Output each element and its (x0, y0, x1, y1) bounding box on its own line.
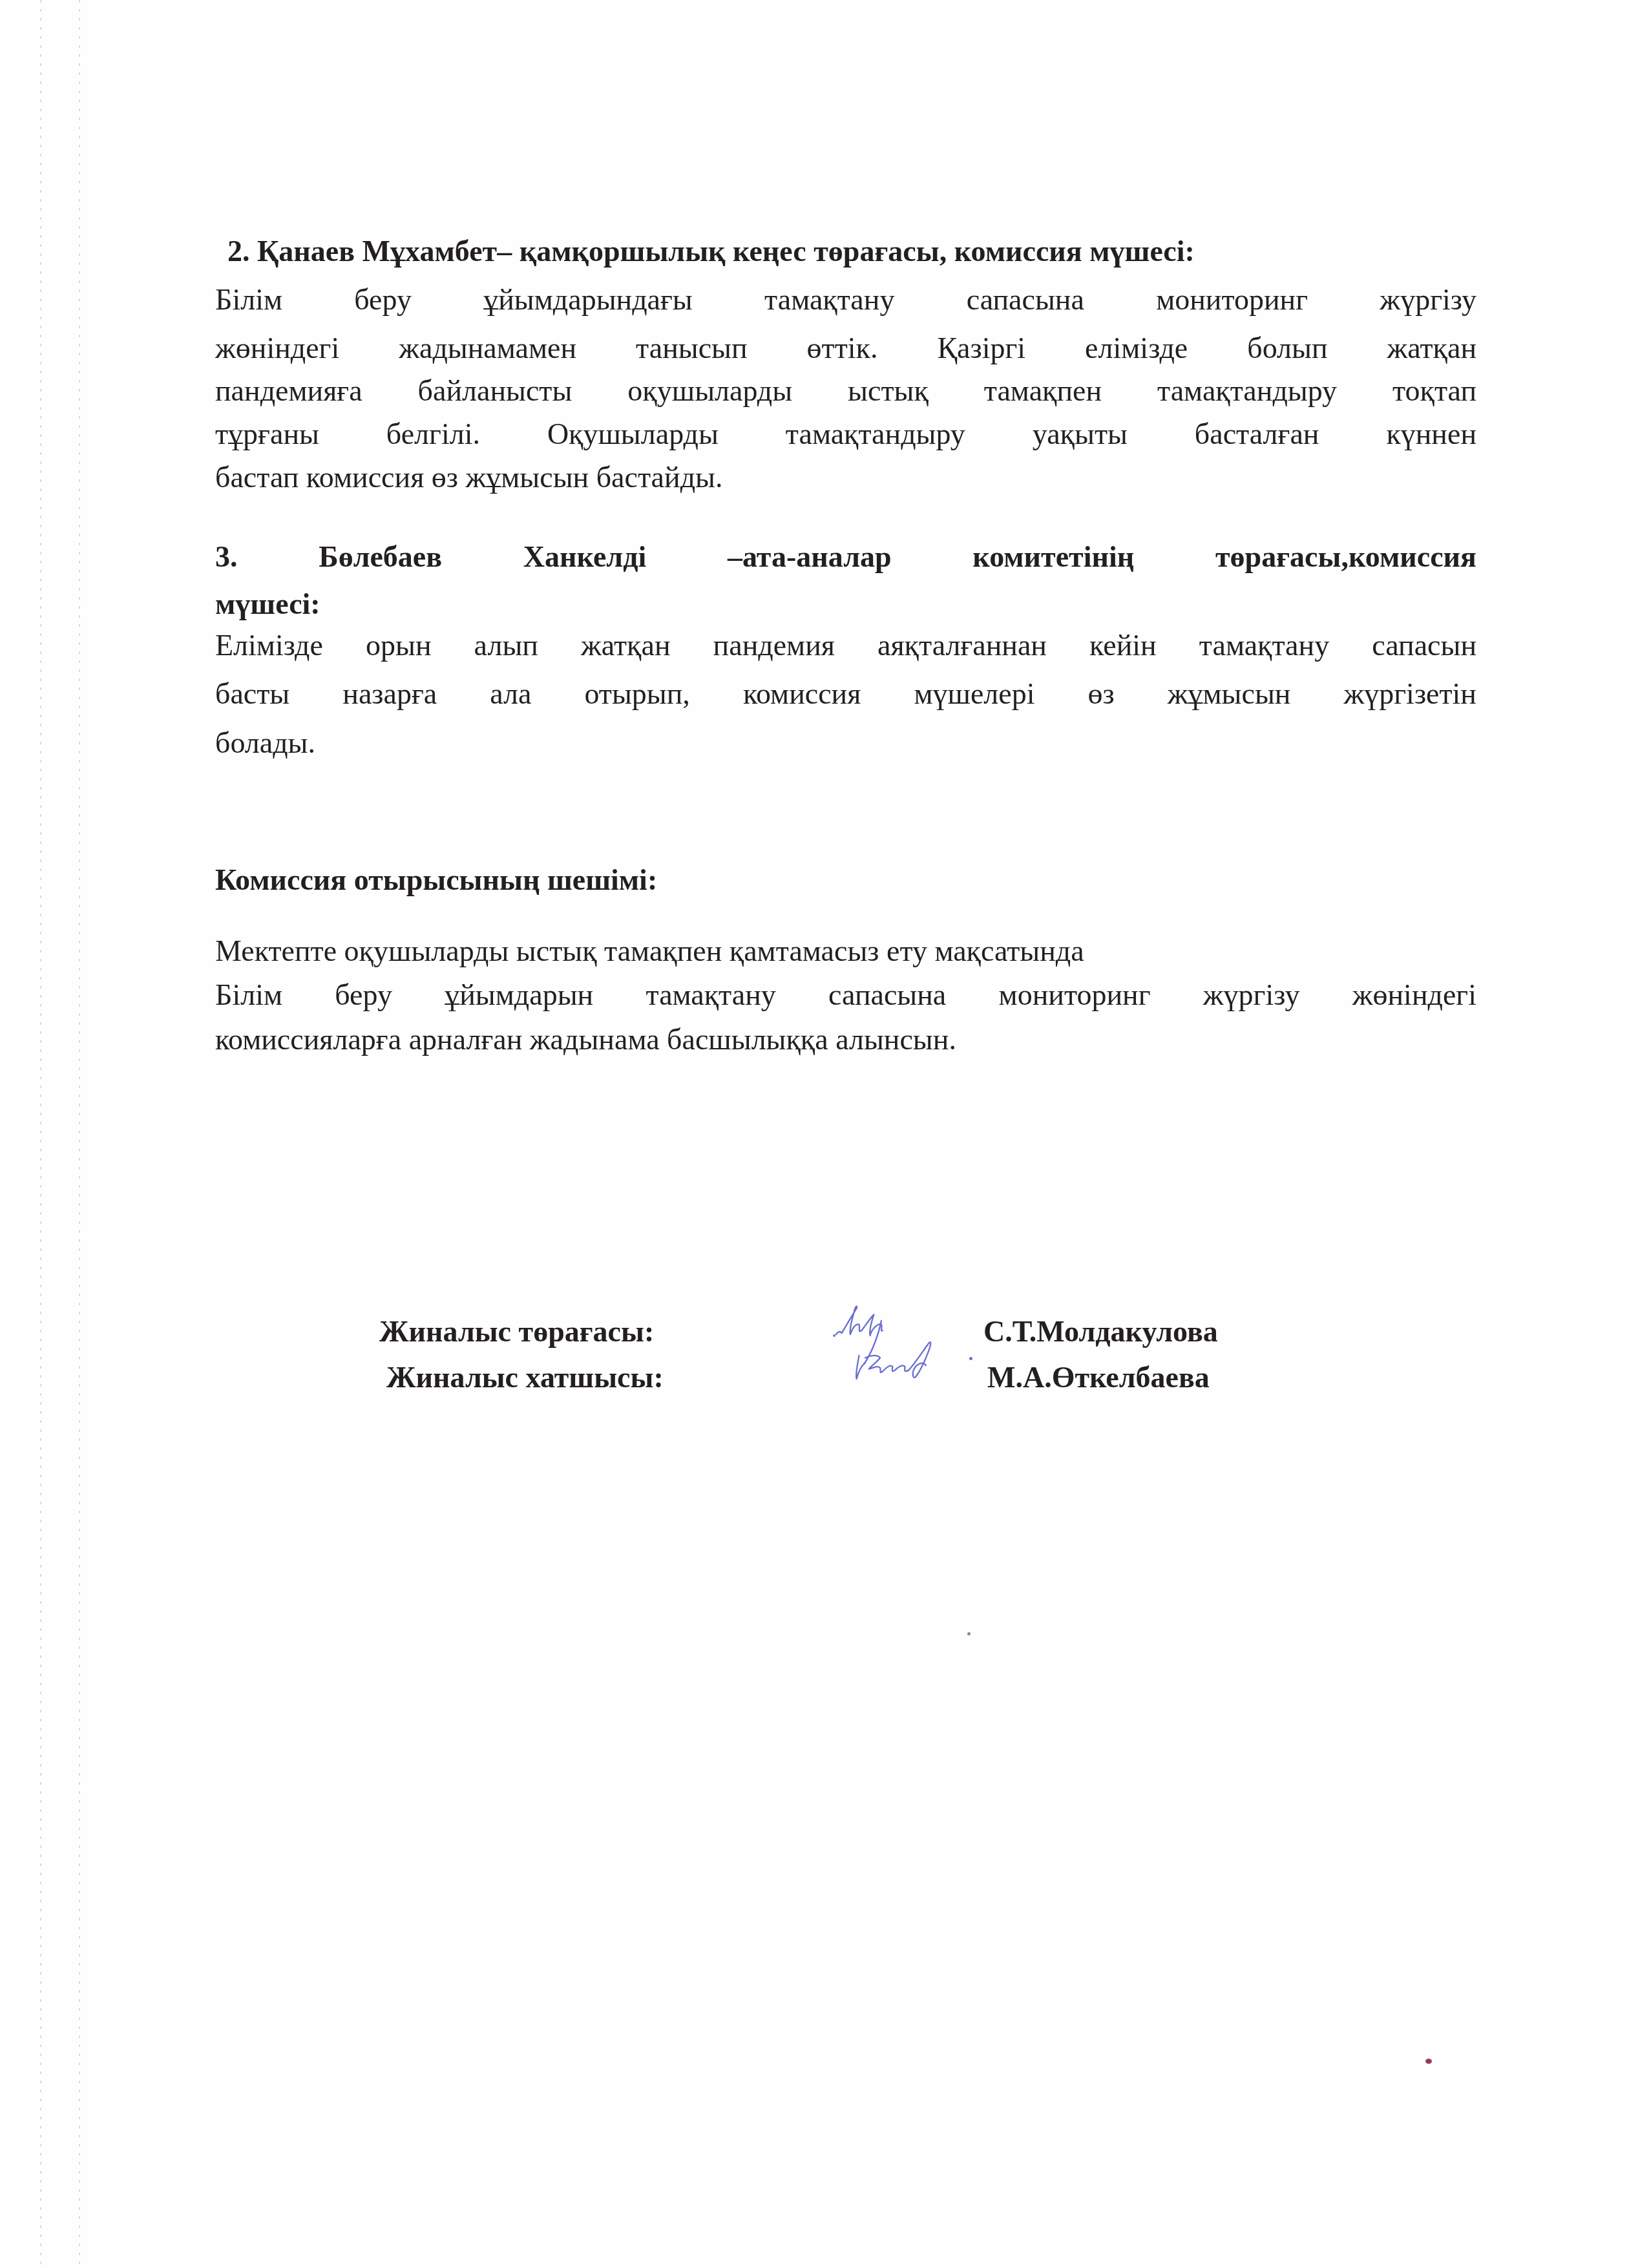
section-3-line: болады. (215, 728, 1476, 758)
scan-artifact-line (40, 0, 41, 2268)
section-2-line: бастап комиссия өз жұмысын бастайды. (215, 463, 1476, 492)
section-2-line: тұрғаны белгілі. Оқушыларды тамақтандыру… (215, 419, 1476, 449)
chair-name: С.Т.Молдакулова (983, 1317, 1218, 1347)
section-2-line: жөніндегі жадынамамен танысып өттік. Қаз… (215, 333, 1476, 363)
handwritten-signature-icon (821, 1296, 969, 1389)
decision-line: комиссияларға арналған жадынама басшылық… (215, 1025, 1476, 1055)
decision-heading: Комиссия отырысының шешімі: (215, 865, 1476, 895)
section-3-heading: 3. Бөлебаев Ханкелді –ата-аналар комитет… (215, 542, 1476, 572)
section-2-line: Білім беру ұйымдарындағы тамақтану сапас… (215, 285, 1476, 315)
scan-speck (967, 1632, 971, 1635)
decision-line: Мектепте оқушыларды ыстық тамақпен қамта… (215, 936, 1476, 966)
section-3-heading-cont: мүшесі: (215, 589, 1476, 619)
section-3-line: Елімізде орын алып жатқан пандемия аяқта… (215, 631, 1476, 660)
scan-artifact-line (79, 0, 80, 2268)
secretary-name: М.А.Өткелбаева (987, 1363, 1210, 1392)
stamp-dot (1425, 2059, 1432, 2064)
chair-role-label: Жиналыс төрағасы: (379, 1317, 654, 1347)
section-2-heading: 2. Қанаев Мұхамбет– қамқоршылық кеңес тө… (227, 236, 1489, 266)
section-3-line: басты назарға ала отырып, комиссия мүшел… (215, 679, 1476, 709)
ink-dot (969, 1357, 972, 1360)
section-2-line: пандемияға байланысты оқушыларды ыстық т… (215, 376, 1476, 406)
decision-line: Білім беру ұйымдарын тамақтану сапасына … (215, 980, 1476, 1010)
secretary-role-label: Жиналыс хатшысы: (386, 1363, 664, 1392)
